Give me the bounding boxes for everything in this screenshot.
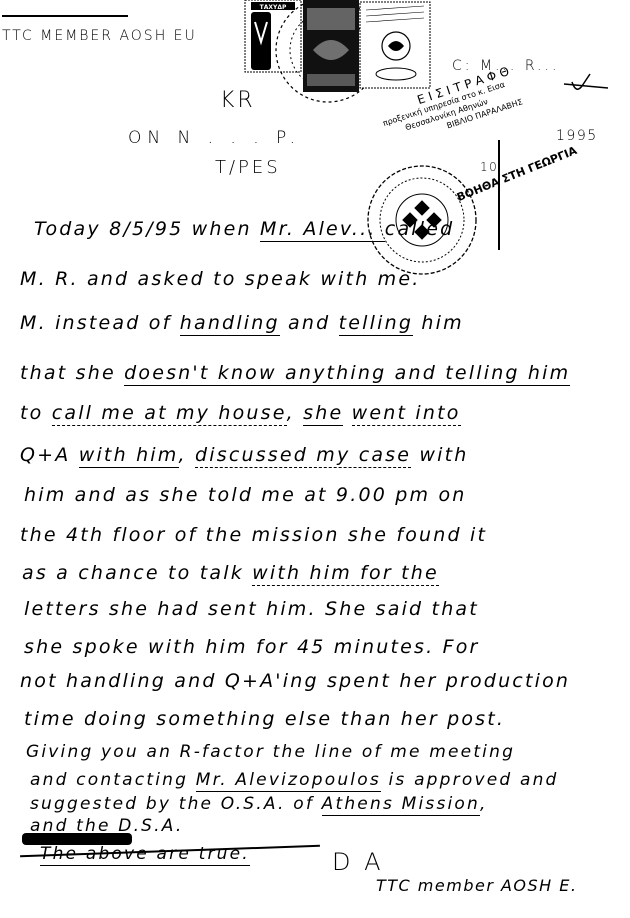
- redaction-mark: [22, 833, 132, 845]
- letter-line: Giving you an R-factor the line of me me…: [26, 742, 515, 762]
- postage-stamp-3: [358, 0, 438, 95]
- letter-line: as a chance to talk with him for the: [22, 562, 439, 584]
- reference-line: T/PES: [215, 157, 281, 178]
- text-segment: him and as she told me at 9.00 pm on: [24, 484, 467, 506]
- text-segment: him: [413, 312, 464, 334]
- text-segment: ,: [287, 402, 303, 424]
- underlined-phrase: call me at my house: [52, 402, 287, 426]
- underlined-phrase: telling: [339, 312, 413, 336]
- text-segment: that she: [20, 362, 124, 384]
- received-stamp-year: 1995: [556, 128, 598, 144]
- letter-line: time doing something else than her post.: [24, 708, 505, 730]
- header-rule: [2, 15, 128, 17]
- text-segment: she spoke with him for 45 minutes. For: [24, 636, 480, 658]
- subject-initials: KR: [220, 88, 256, 113]
- letter-line: Q+A with him, discussed my case with: [20, 444, 469, 466]
- signature-title: TTC member AOSH E.: [376, 876, 578, 895]
- letter-line: to call me at my house, she went into: [20, 402, 461, 424]
- letter-line: him and as she told me at 9.00 pm on: [24, 484, 467, 506]
- text-segment: and: [280, 312, 339, 334]
- text-segment: [343, 402, 351, 424]
- signature-initials: D A: [332, 848, 384, 876]
- letter-line: that she doesn't know anything and telli…: [20, 362, 570, 384]
- text-segment: called: [385, 218, 455, 240]
- underlined-phrase: she: [303, 402, 343, 426]
- text-segment: M. instead of: [20, 312, 180, 334]
- text-segment: the 4th floor of the mission she found i…: [20, 524, 487, 546]
- postage-stamp-2: [303, 0, 363, 95]
- underlined-phrase: discussed my case: [195, 444, 411, 468]
- underlined-phrase: Athens Mission: [322, 794, 480, 816]
- scanned-letter-page: TTC MEMBER AOSH EU ΤΑΧΥΔΡ C: M... R... K…: [0, 0, 630, 918]
- text-segment: M. R. and asked to speak with me.: [20, 268, 421, 290]
- text-segment: with: [411, 444, 468, 466]
- text-segment: as a chance to talk: [22, 562, 252, 584]
- text-segment: to: [20, 402, 52, 424]
- underlined-phrase: handling: [180, 312, 280, 336]
- letter-line: not handling and Q+A'ing spent her produ…: [20, 670, 570, 692]
- letter-line: letters she had sent him. She said that: [24, 598, 479, 620]
- letter-line: M. R. and asked to speak with me.: [20, 268, 421, 290]
- check-mark-icon: [562, 72, 612, 94]
- letter-line: the 4th floor of the mission she found i…: [20, 524, 487, 546]
- subject-on-line: ON N . . . P.: [128, 128, 301, 148]
- letter-line: M. instead of handling and telling him: [20, 312, 464, 334]
- text-segment: time doing something else than her post.: [24, 708, 505, 730]
- text-segment: is approved and: [381, 770, 559, 790]
- letter-line: she spoke with him for 45 minutes. For: [24, 636, 480, 658]
- underlined-phrase: doesn't know anything and telling him: [124, 362, 570, 386]
- sender-line: TTC MEMBER AOSH EU: [2, 28, 197, 44]
- underlined-phrase: went into: [352, 402, 461, 426]
- text-segment: suggested by the O.S.A. of: [30, 794, 322, 814]
- letter-line: suggested by the O.S.A. of Athens Missio…: [30, 794, 488, 814]
- text-segment: ,: [480, 794, 488, 814]
- letter-line: Today 8/5/95 when Mr. Alev... called: [34, 218, 454, 240]
- underlined-phrase: with him for the: [252, 562, 439, 586]
- text-segment: Q+A: [20, 444, 79, 466]
- text-segment: Giving you an R-factor the line of me me…: [26, 742, 515, 762]
- underlined-phrase: with him: [79, 444, 179, 468]
- text-segment: not handling and Q+A'ing spent her produ…: [20, 670, 570, 692]
- letter-line: and contacting Mr. Alevizopoulos is appr…: [30, 770, 559, 790]
- text-segment: ,: [179, 444, 195, 466]
- text-segment: letters she had sent him. She said that: [24, 598, 479, 620]
- text-segment: Today 8/5/95 when: [34, 218, 260, 240]
- text-segment: and contacting: [30, 770, 196, 790]
- underlined-phrase: Mr. Alev...: [260, 218, 385, 242]
- underlined-phrase: Mr. Alevizopoulos: [196, 770, 381, 792]
- stamp-vertical-line: [498, 140, 500, 250]
